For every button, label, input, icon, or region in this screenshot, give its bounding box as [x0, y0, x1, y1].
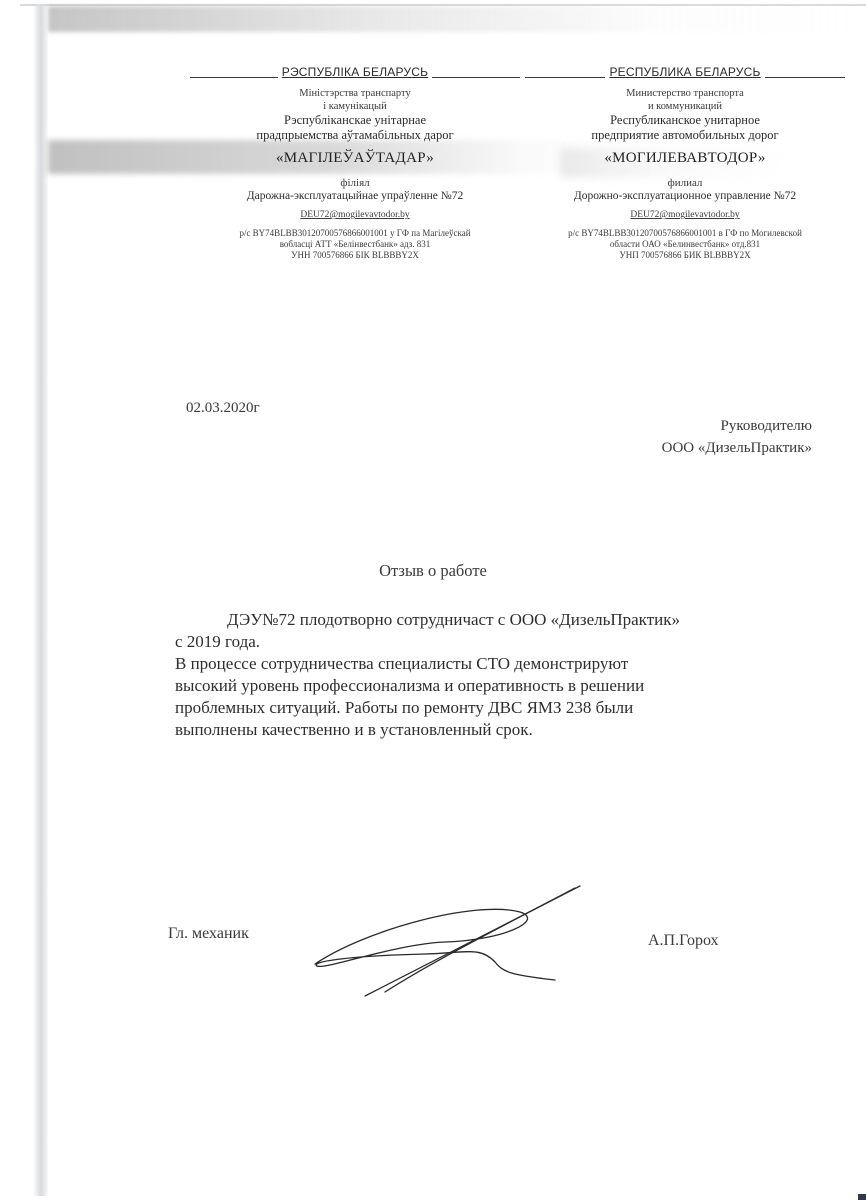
scan-top-shadow: [48, 6, 866, 32]
addressee-company: ООО «ДизельПрактик»: [662, 438, 812, 460]
letterhead-belarusian: РЭСПУБЛІКА БЕЛАРУСЬ Міністэрства транспа…: [190, 62, 520, 261]
ministry-line: Министерство транспорта: [525, 88, 845, 101]
enterprise-line: Рэспубліканскае унітарнае: [190, 113, 520, 128]
scan-left-edge: [34, 6, 48, 1196]
body-line: выполнены качественно и в установленный …: [175, 719, 815, 741]
company-brand: «МАГІЛЕЎАЎТАДАР»: [190, 149, 520, 167]
letter-body: ДЭУ№72 плодотворно сотрудничаст с ООО «Д…: [175, 609, 815, 741]
ministry-line: и коммуникаций: [525, 101, 845, 114]
email-link[interactable]: DEU72@mogilevavtodor.by: [190, 210, 520, 221]
enterprise-line: предприятие автомобильных дорог: [525, 128, 845, 143]
body-line: высокий уровень профессионализма и опера…: [175, 675, 815, 697]
body-line: с 2019 года.: [175, 631, 815, 653]
bank-details-line: УНН 700576866 БІК BLBBBY2X: [190, 250, 520, 261]
email-link[interactable]: DEU72@mogilevavtodor.by: [525, 210, 845, 221]
scan-corner-mark: [858, 1194, 866, 1200]
country-name: РЭСПУБЛІКА БЕЛАРУСЬ: [278, 65, 432, 79]
addressee-block: Руководителю ООО «ДизельПрактик»: [662, 416, 812, 460]
bank-details-line: вобласці АТТ «Белінвестбанк» адз. 831: [190, 239, 520, 250]
ministry-line: і камунікацый: [190, 101, 520, 114]
bank-details-line: УНП 700576866 БИК BLBBBY2X: [525, 250, 845, 261]
header-rule-row: РЕСПУБЛИКА БЕЛАРУСЬ: [525, 62, 845, 80]
ministry-line: Міністэрства транспарту: [190, 88, 520, 101]
body-line: проблемных ситуаций. Работы по ремонту Д…: [175, 697, 815, 719]
bank-details-line: р/с BY74BLBB30120700576866001001 в ГФ по…: [525, 228, 845, 239]
branch-label: филиал: [525, 177, 845, 190]
country-name: РЕСПУБЛИКА БЕЛАРУСЬ: [605, 65, 764, 79]
handwritten-signature: [305, 880, 595, 1000]
body-line: ДЭУ№72 плодотворно сотрудничаст с ООО «Д…: [175, 609, 815, 631]
body-line: В процессе сотрудничества специалисты СТ…: [175, 653, 815, 675]
enterprise-line: Республиканское унитарное: [525, 113, 845, 128]
bank-details-line: р/с BY74BLBB30120700576866001001 у ГФ па…: [190, 228, 520, 239]
letterhead-russian: РЕСПУБЛИКА БЕЛАРУСЬ Министерство транспо…: [525, 62, 845, 261]
bank-details-line: области ОАО «Белинвестбанк» отд.831: [525, 239, 845, 250]
enterprise-line: прадпрыемства аўтамабільных дарог: [190, 128, 520, 143]
letter-date: 02.03.2020г: [186, 400, 260, 417]
signatory-name: А.П.Горох: [648, 932, 719, 950]
company-brand: «МОГИЛЕВАВТОДОР»: [525, 149, 845, 167]
header-rule-row: РЭСПУБЛІКА БЕЛАРУСЬ: [190, 62, 520, 80]
document-title: Отзыв о работе: [0, 561, 866, 581]
department-name: Дорожно-эксплуатационное управление №72: [525, 190, 845, 204]
branch-label: філіял: [190, 177, 520, 190]
department-name: Дарожна-эксплуатацыйнае упраўленне №72: [190, 190, 520, 204]
signatory-role: Гл. механик: [168, 925, 249, 943]
addressee-title: Руководителю: [662, 416, 812, 438]
